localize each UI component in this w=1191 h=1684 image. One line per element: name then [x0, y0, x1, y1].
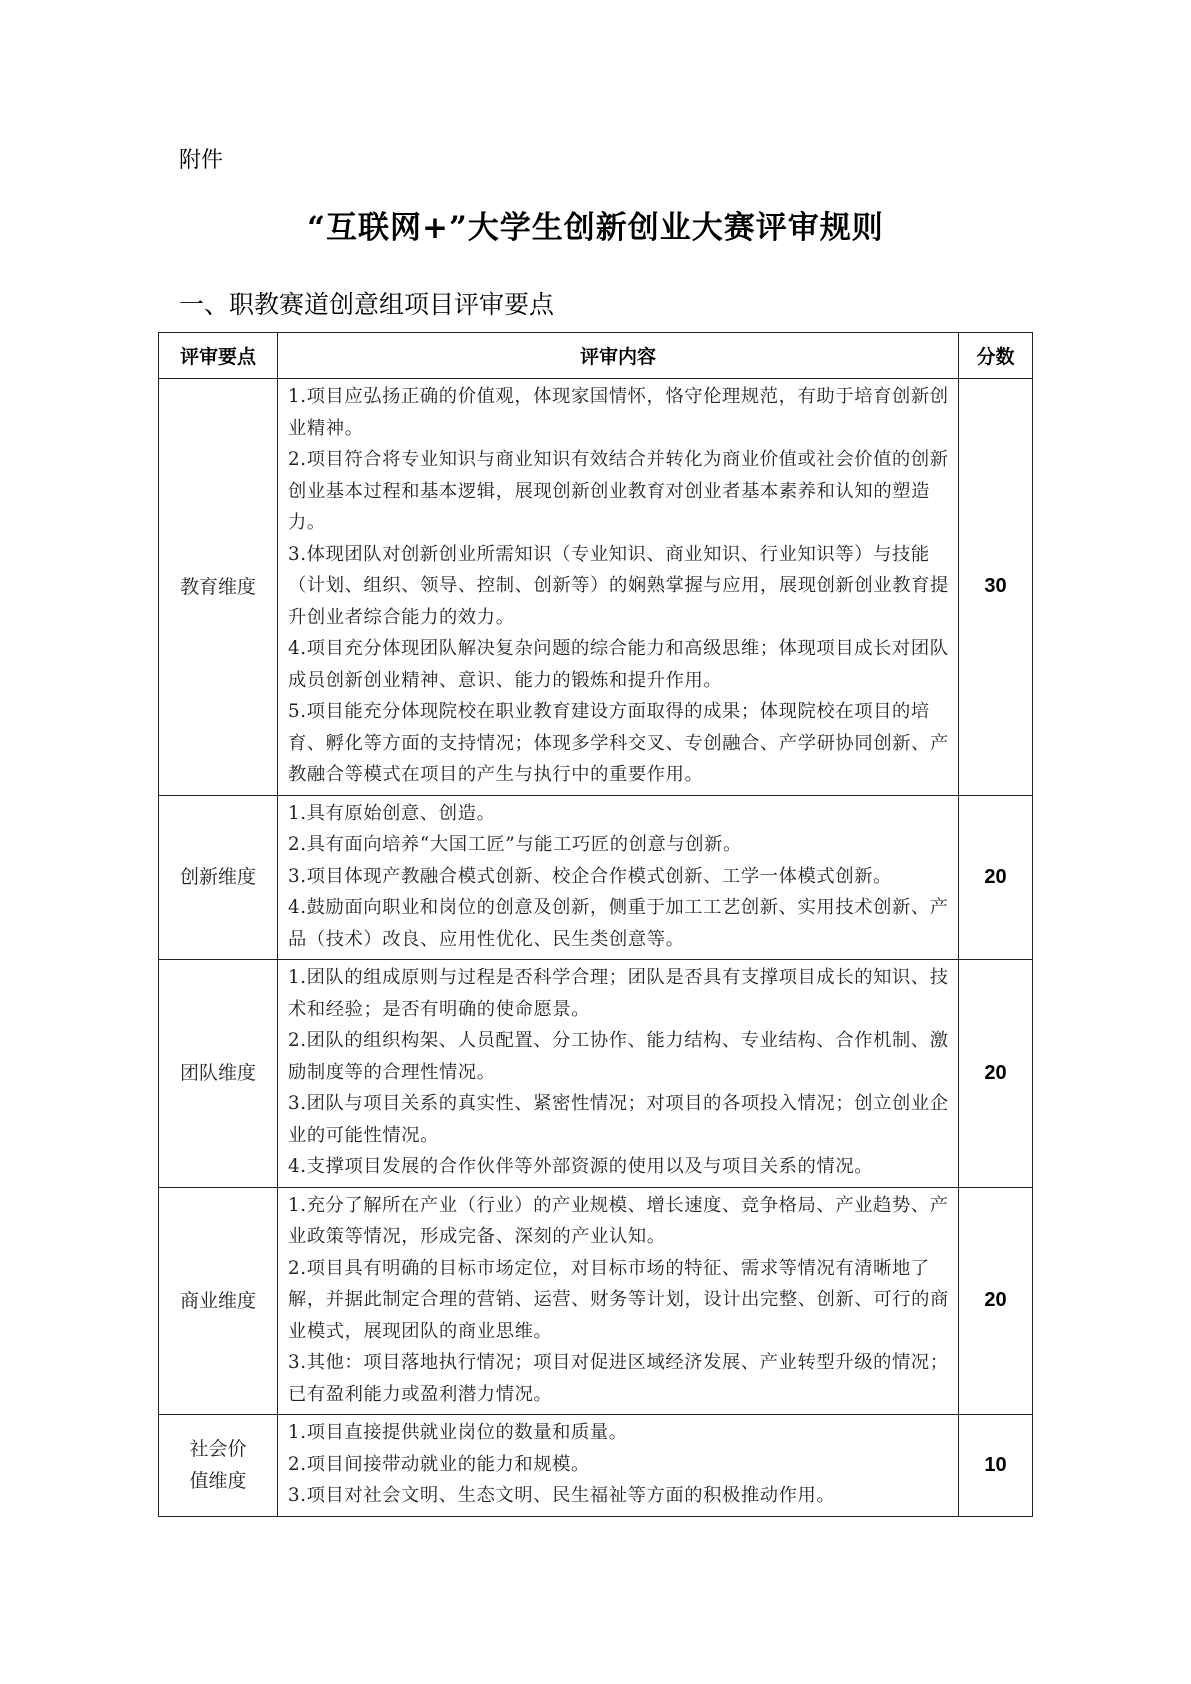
table-row: 创新维度 1.具有原始创意、创造。 2.具有面向培养“大国工匠”与能工巧匠的创意… [159, 795, 1033, 960]
table-header-row: 评审要点 评审内容 分数 [159, 333, 1033, 379]
criterion-item: 3.团队与项目关系的真实性、紧密性情况；对项目的各项投入情况；创立创业企业的可能… [288, 1088, 950, 1151]
row-score: 20 [959, 1187, 1033, 1415]
header-score: 分数 [959, 333, 1033, 379]
row-dimension: 社会价值维度 [159, 1415, 278, 1517]
table-row: 教育维度 1.项目应弘扬正确的价值观，体现家国情怀，恪守伦理规范，有助于培育创新… [159, 379, 1033, 796]
evaluation-table: 评审要点 评审内容 分数 教育维度 1.项目应弘扬正确的价值观，体现家国情怀，恪… [158, 332, 1033, 1517]
attachment-label: 附件 [179, 143, 223, 174]
row-content: 1.项目应弘扬正确的价值观，体现家国情怀，恪守伦理规范，有助于培育创新创业精神。… [278, 379, 959, 796]
row-dimension: 创新维度 [159, 795, 278, 960]
criterion-item: 4.项目充分体现团队解决复杂问题的综合能力和高级思维；体现项目成长对团队成员创新… [288, 633, 950, 696]
criterion-item: 4.鼓励面向职业和岗位的创意及创新，侧重于加工工艺创新、实用技术创新、产品（技术… [288, 892, 950, 955]
row-content: 1.项目直接提供就业岗位的数量和质量。 2.项目间接带动就业的能力和规模。 3.… [278, 1415, 959, 1517]
criterion-item: 2.团队的组织构架、人员配置、分工协作、能力结构、专业结构、合作机制、激励制度等… [288, 1025, 950, 1088]
row-content: 1.具有原始创意、创造。 2.具有面向培养“大国工匠”与能工巧匠的创意与创新。 … [278, 795, 959, 960]
row-score: 20 [959, 960, 1033, 1188]
criterion-item: 1.充分了解所在产业（行业）的产业规模、增长速度、竞争格局、产业趋势、产业政策等… [288, 1190, 950, 1253]
criterion-item: 1.项目直接提供就业岗位的数量和质量。 [288, 1417, 950, 1449]
row-score: 20 [959, 795, 1033, 960]
row-content: 1.充分了解所在产业（行业）的产业规模、增长速度、竞争格局、产业趋势、产业政策等… [278, 1187, 959, 1415]
criterion-item: 2.具有面向培养“大国工匠”与能工巧匠的创意与创新。 [288, 829, 950, 861]
table-row: 商业维度 1.充分了解所在产业（行业）的产业规模、增长速度、竞争格局、产业趋势、… [159, 1187, 1033, 1415]
row-content: 1.团队的组成原则与过程是否科学合理；团队是否具有支撑项目成长的知识、技术和经验… [278, 960, 959, 1188]
row-dimension: 教育维度 [159, 379, 278, 796]
section-heading: 一、职教赛道创意组项目评审要点 [179, 285, 554, 321]
criterion-item: 3.项目体现产教融合模式创新、校企合作模式创新、工学一体模式创新。 [288, 861, 950, 893]
criterion-item: 2.项目符合将专业知识与商业知识有效结合并转化为商业价值或社会价值的创新创业基本… [288, 444, 950, 539]
criterion-item: 1.具有原始创意、创造。 [288, 798, 950, 830]
criterion-item: 3.体现团队对创新创业所需知识（专业知识、商业知识、行业知识等）与技能（计划、组… [288, 539, 950, 634]
criterion-item: 4.支撑项目发展的合作伙伴等外部资源的使用以及与项目关系的情况。 [288, 1151, 950, 1183]
header-dimension: 评审要点 [159, 333, 278, 379]
criterion-item: 2.项目间接带动就业的能力和规模。 [288, 1449, 950, 1481]
header-content: 评审内容 [278, 333, 959, 379]
criterion-item: 3.项目对社会文明、生态文明、民生福祉等方面的积极推动作用。 [288, 1480, 950, 1512]
criterion-item: 5.项目能充分体现院校在职业教育建设方面取得的成果；体现院校在项目的培育、孵化等… [288, 696, 950, 791]
document-title: “互联网+”大学生创新创业大赛评审规则 [0, 202, 1191, 247]
row-score: 10 [959, 1415, 1033, 1517]
row-dimension: 商业维度 [159, 1187, 278, 1415]
criterion-item: 3.其他：项目落地执行情况；项目对促进区域经济发展、产业转型升级的情况；已有盈利… [288, 1347, 950, 1410]
criterion-item: 2.项目具有明确的目标市场定位，对目标市场的特征、需求等情况有清晰地了解，并据此… [288, 1253, 950, 1348]
table-row: 社会价值维度 1.项目直接提供就业岗位的数量和质量。 2.项目间接带动就业的能力… [159, 1415, 1033, 1517]
criterion-item: 1.项目应弘扬正确的价值观，体现家国情怀，恪守伦理规范，有助于培育创新创业精神。 [288, 381, 950, 444]
table-row: 团队维度 1.团队的组成原则与过程是否科学合理；团队是否具有支撑项目成长的知识、… [159, 960, 1033, 1188]
row-score: 30 [959, 379, 1033, 796]
row-dimension: 团队维度 [159, 960, 278, 1188]
criterion-item: 1.团队的组成原则与过程是否科学合理；团队是否具有支撑项目成长的知识、技术和经验… [288, 962, 950, 1025]
